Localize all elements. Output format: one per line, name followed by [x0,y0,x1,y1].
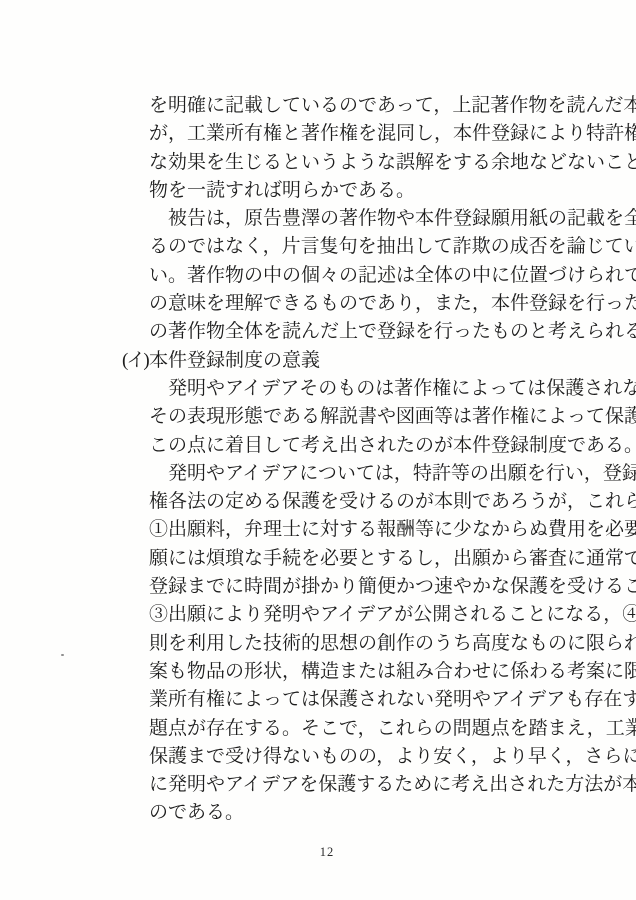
text-line: 発明やアイデアについては，特許等の出願を行い，登録の上工業所有 [168,460,636,488]
text-line: ③出願により発明やアイデアが公開されることになる，④特許は自然法 [149,601,636,629]
text-line: な効果を生じるというような誤解をする余地などないことは，上記著作 [149,149,636,177]
text-line: 発明やアイデアそのものは著作権によっては保護されないにしても， [168,375,636,403]
text-line: のである。 [149,799,636,827]
text-line: 願には煩瑣な手続を必要とするし，出願から審査に通常でも数年を要し， [149,545,636,573]
scan-artifact-dot [61,654,64,656]
text-line: の意味を理解できるものであり，また，本件登録を行った人も原告豊澤 [149,290,636,318]
heading-text: 本件登録制度の意義 [149,350,320,371]
text-line: を明確に記載しているのであって，上記著作物を読んだ本件登録申込者 [149,92,636,120]
document-text-block: を明確に記載しているのであって，上記著作物を読んだ本件登録申込者が，工業所有権と… [0,92,636,828]
text-line: 保護まで受け得ないものの，より安く，より早く，さらに非公開で簡易 [149,743,636,771]
page-number: 12 [292,845,362,860]
text-line: い。著作物の中の個々の記述は全体の中に位置づけられて初めてその真 [149,262,636,290]
text-line: が，工業所有権と著作権を混同し，本件登録により特許権等と同じよう [149,120,636,148]
text-line: 登録までに時間が掛かり簡便かつ速やかな保護を受けることができない， [149,573,636,601]
text-line: 被告は，原告豊澤の著作物や本件登録願用紙の記載を全体として捉え [168,205,636,233]
text-line: の著作物全体を読んだ上で登録を行ったものと考えられるからである。 [149,318,636,346]
text-line: に発明やアイデアを保護するために考え出された方法が本件登録制度な [149,771,636,799]
heading-marker: (イ) [122,347,149,375]
scanned-document-page: を明確に記載しているのであって，上記著作物を読んだ本件登録申込者が，工業所有権と… [0,0,636,900]
section-heading: (イ)本件登録制度の意義 [122,347,636,375]
text-line: ①出願料，弁理士に対する報酬等に少なからぬ費用を必要とする，②出 [149,516,636,544]
text-line: 則を利用した技術的思想の創作のうち高度なものに限られるし，実用新 [149,630,636,658]
text-line: 業所有権によっては保護されない発明やアイデアも存在するといった問 [149,686,636,714]
text-line: 物を一読すれば明らかである。 [149,177,636,205]
text-line: るのではなく，片言隻句を抽出して詐欺の成否を論じているが妥当でな [149,233,636,261]
text-line: その表現形態である解説書や図画等は著作権によって保護を受け得る。 [149,403,636,431]
text-line: 案も物品の形状，構造または組み合わせに係わる考案に限られる等，工 [149,658,636,686]
text-line: 権各法の定める保護を受けるのが本則であろうが，これらについては， [149,488,636,516]
text-line: この点に着目して考え出されたのが本件登録制度である。 [149,432,636,460]
text-line: 題点が存在する。そこで，これらの問題点を踏まえ，工業所有権による [149,715,636,743]
